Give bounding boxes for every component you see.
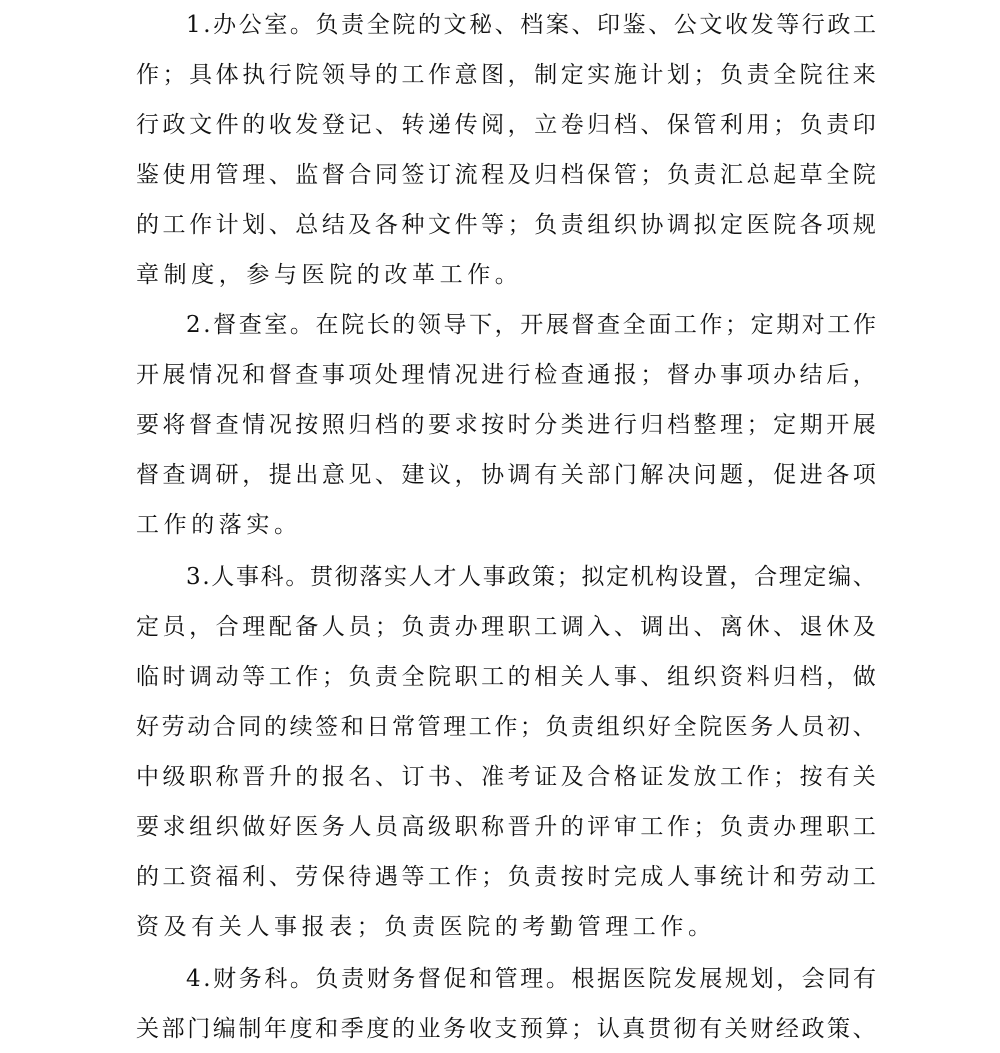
paragraph-line: 关部门编制年度和季度的业务收支预算；认真贯彻有关财经政策、 <box>136 1004 876 1053</box>
paragraph-line: 工作的落实。 <box>136 500 876 550</box>
paragraph-line: 鉴使用管理、监督合同签订流程及归档保管；负责汇总起草全院 <box>136 150 876 200</box>
paragraph-line: 作；具体执行院领导的工作意图，制定实施计划；负责全院往来 <box>136 50 876 100</box>
paragraph-line: 1.办公室。负责全院的文秘、档案、印鉴、公文收发等行政工 <box>186 0 876 50</box>
paragraph-line: 开展情况和督查事项处理情况进行检查通报；督办事项办结后， <box>136 350 876 400</box>
paragraph-line: 的工资福利、劳保待遇等工作；负责按时完成人事统计和劳动工 <box>136 852 876 902</box>
paragraph-line: 好劳动合同的续签和日常管理工作；负责组织好全院医务人员初、 <box>136 702 876 752</box>
paragraph-line: 临时调动等工作；负责全院职工的相关人事、组织资料归档，做 <box>136 652 876 702</box>
document-page: 1.办公室。负责全院的文秘、档案、印鉴、公文收发等行政工 作；具体执行院领导的工… <box>0 0 1000 1053</box>
paragraph-line: 要求组织做好医务人员高级职称晋升的评审工作；负责办理职工 <box>136 802 876 852</box>
paragraph-line: 督查调研，提出意见、建议，协调有关部门解决问题，促进各项 <box>136 450 876 500</box>
paragraph-line: 资及有关人事报表；负责医院的考勤管理工作。 <box>136 902 876 952</box>
paragraph-line: 2.督查室。在院长的领导下，开展督查全面工作；定期对工作 <box>186 300 876 350</box>
paragraph-line: 中级职称晋升的报名、订书、准考证及合格证发放工作；按有关 <box>136 752 876 802</box>
paragraph-line: 3.人事科。贯彻落实人才人事政策；拟定机构设置，合理定编、 <box>186 552 876 602</box>
paragraph-line: 4.财务科。负责财务督促和管理。根据医院发展规划，会同有 <box>186 954 876 1004</box>
paragraph-line: 的工作计划、总结及各种文件等；负责组织协调拟定医院各项规 <box>136 200 876 250</box>
paragraph-line: 定员，合理配备人员；负责办理职工调入、调出、离休、退休及 <box>136 602 876 652</box>
paragraph-line: 章制度，参与医院的改革工作。 <box>136 250 876 300</box>
paragraph-line: 行政文件的收发登记、转递传阅，立卷归档、保管利用；负责印 <box>136 100 876 150</box>
paragraph-line: 要将督查情况按照归档的要求按时分类进行归档整理；定期开展 <box>136 400 876 450</box>
